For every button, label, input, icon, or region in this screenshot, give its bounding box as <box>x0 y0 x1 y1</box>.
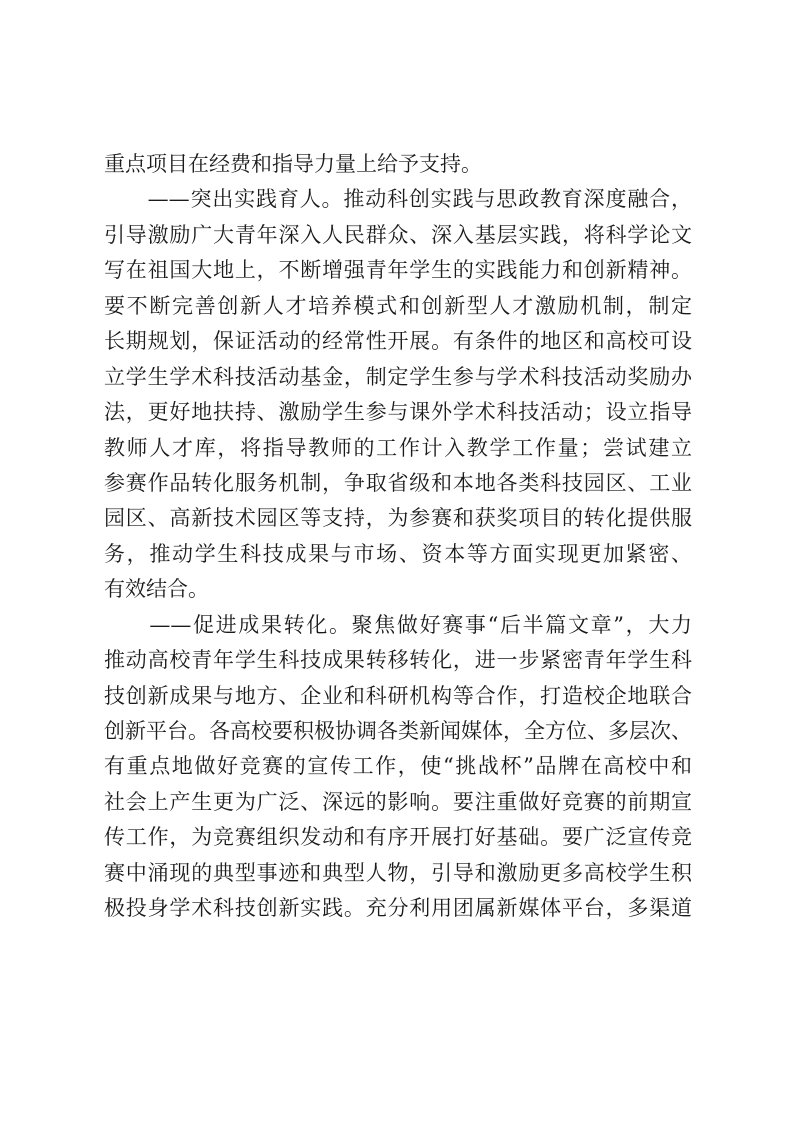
paragraph-results-transformation: ——促进成果转化。聚焦做好赛事“后半篇文章”，大力 推动高校青年学生科技成果转移… <box>104 608 692 927</box>
text-line: 园区、高新技术园区等支持，为参赛和获奖项目的转化提供服 <box>104 501 692 536</box>
paragraph-practice-education: ——突出实践育人。推动科创实践与思政教育深度融合， 引导激励广大青年深入人民群众… <box>104 182 692 607</box>
text-line: 传工作，为竞赛组织发动和有序开展打好基础。要广泛宣传竞 <box>104 820 692 855</box>
text-line: 务，推动学生科技成果与市场、资本等方面实现更加紧密、 <box>104 537 692 572</box>
paragraph-continuation: 重点项目在经费和指导力量上给予支持。 <box>104 147 692 182</box>
text-line: 引导激励广大青年深入人民群众、深入基层实践，将科学论文 <box>104 218 692 253</box>
text-line: 写在祖国大地上，不断增强青年学生的实践能力和创新精神。 <box>104 253 692 288</box>
text-line: ——促进成果转化。聚焦做好赛事“后半篇文章”，大力 <box>104 608 692 643</box>
text-line: 教师人才库，将指导教师的工作计入教学工作量；尝试建立 <box>104 431 692 466</box>
text-line: 立学生学术科技活动基金，制定学生参与学术科技活动奖励办 <box>104 360 692 395</box>
text-line: ——突出实践育人。推动科创实践与思政教育深度融合， <box>104 182 692 217</box>
text-line: 法，更好地扶持、激励学生参与课外学术科技活动；设立指导 <box>104 395 692 430</box>
text-line: 有重点地做好竞赛的宣传工作，使“挑战杯”品牌在高校中和 <box>104 749 692 784</box>
text-line: 有效结合。 <box>104 572 692 607</box>
text-line: 长期规划，保证活动的经常性开展。有条件的地区和高校可设 <box>104 324 692 359</box>
document-page: 重点项目在经费和指导力量上给予支持。 ——突出实践育人。推动科创实践与思政教育深… <box>104 147 692 927</box>
text-line: 社会上产生更为广泛、深远的影响。要注重做好竞赛的前期宣 <box>104 785 692 820</box>
text-line: 创新平台。各高校要积极协调各类新闻媒体，全方位、多层次、 <box>104 714 692 749</box>
text-line: 技创新成果与地方、企业和科研机构等合作，打造校企地联合 <box>104 679 692 714</box>
text-line: 重点项目在经费和指导力量上给予支持。 <box>104 147 692 182</box>
text-line: 极投身学术科技创新实践。充分利用团属新媒体平台，多渠道 <box>104 891 692 926</box>
text-line: 推动高校青年学生科技成果转移转化，进一步紧密青年学生科 <box>104 643 692 678</box>
text-line: 要不断完善创新人才培养模式和创新型人才激励机制，制定 <box>104 289 692 324</box>
text-line: 赛中涌现的典型事迹和典型人物，引导和激励更多高校学生积 <box>104 856 692 891</box>
text-line: 参赛作品转化服务机制，争取省级和本地各类科技园区、工业 <box>104 466 692 501</box>
